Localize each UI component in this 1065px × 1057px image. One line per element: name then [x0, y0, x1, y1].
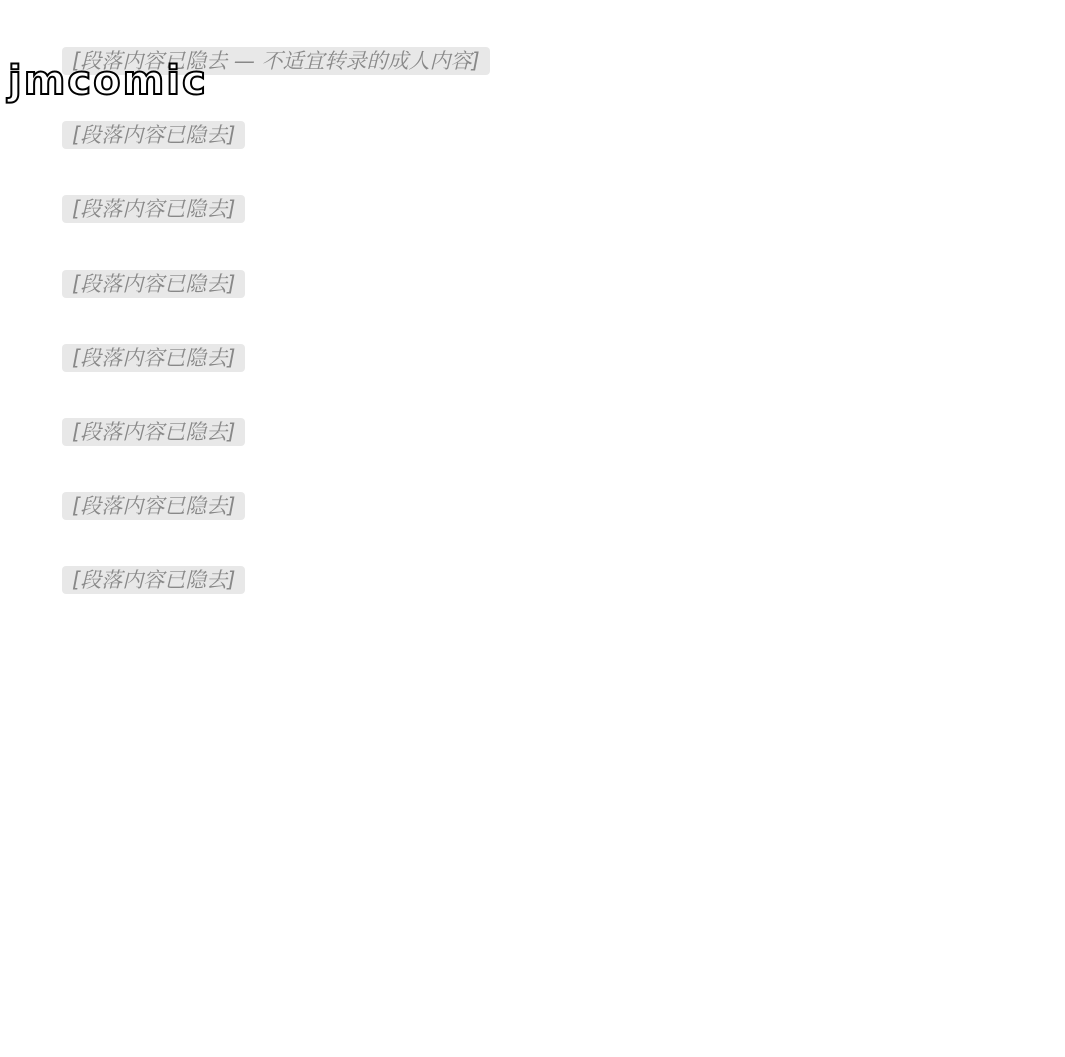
paragraph: [段落内容已隐去]: [62, 335, 1003, 381]
document-page: jmcomic [段落内容已隐去 — 不适宜转录的成人内容][段落内容已隐去][…: [0, 0, 1065, 1057]
paragraph: [段落内容已隐去]: [62, 557, 1003, 603]
watermark: jmcomic: [8, 58, 208, 104]
paragraph: [段落内容已隐去]: [62, 261, 1003, 307]
paragraph: [段落内容已隐去]: [62, 186, 1003, 232]
paragraph: [段落内容已隐去]: [62, 483, 1003, 529]
paragraph: [段落内容已隐去]: [62, 409, 1003, 455]
paragraph: [段落内容已隐去]: [62, 112, 1003, 158]
